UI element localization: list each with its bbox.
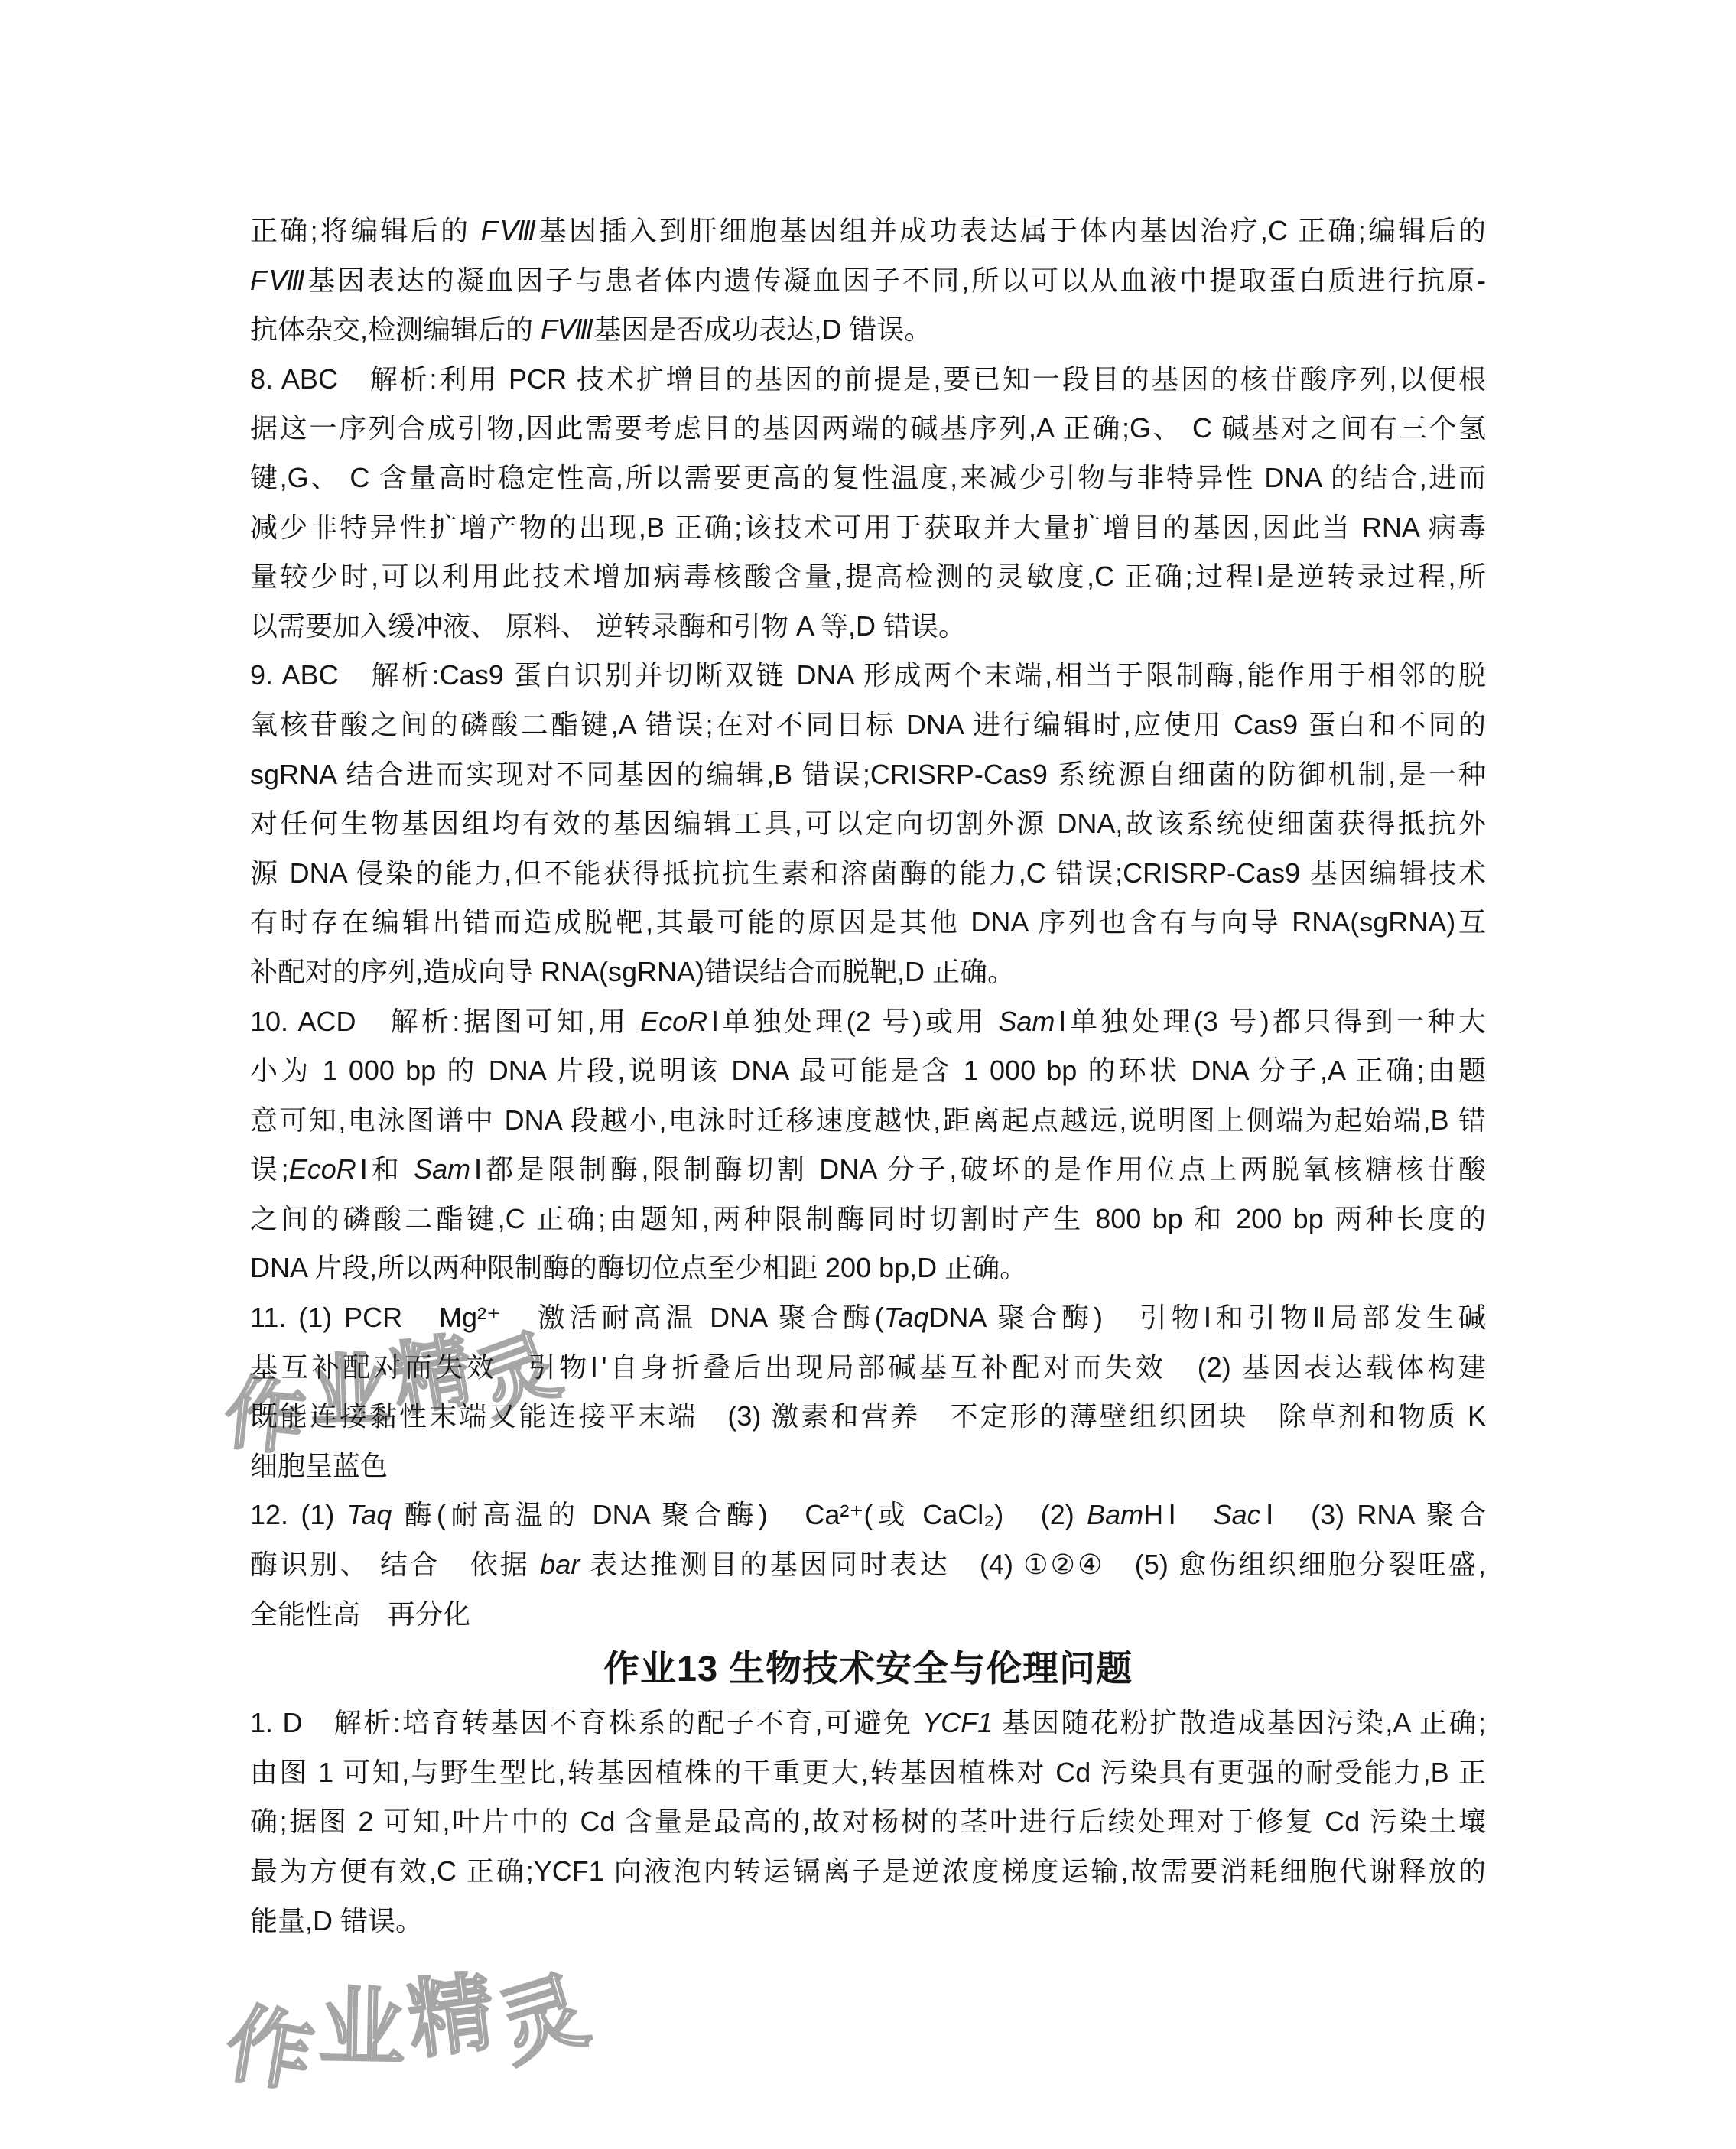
text-line: 全能性高 再分化	[250, 1590, 1486, 1640]
text-line: 键,G、 C 含量高时稳定性高,所以需要更高的复性温度,来减少引物与非特异性 D…	[250, 454, 1486, 503]
text-line: 据这一序列合成引物,因此需要考虑目的基因两端的碱基序列,A 正确;G、 C 碱基…	[250, 404, 1486, 454]
text-line: 9. ABC 解析:Cas9 蛋白识别并切断双链 DNA 形成两个末端,相当于限…	[250, 651, 1486, 701]
text-line: 补配对的序列,造成向导 RNA(sgRNA)错误结合而脱靶,D 正确。	[250, 948, 1486, 997]
text-line: sgRNA 结合进而实现对不同基因的编辑,B 错误;CRISRP-Cas9 系统…	[250, 750, 1486, 800]
text-line: 酶识别、 结合 依据 bar 表达推测目的基因同时表达 (4) ①②④ (5) …	[250, 1540, 1486, 1590]
text-line: DNA 片段,所以两种限制酶的酶切位点至少相距 200 bp,D 正确。	[250, 1244, 1486, 1293]
text-line: 量较少时,可以利用此技术增加病毒核酸含量,提高检测的灵敏度,C 正确;过程Ⅰ是逆…	[250, 552, 1486, 602]
text-line: 抗体杂交,检测编辑后的 FⅧ基因是否成功表达,D 错误。	[250, 305, 1486, 355]
text-line: 由图 1 可知,与野生型比,转基因植株的干重更大,转基因植株对 Cd 污染具有更…	[250, 1748, 1486, 1798]
text-line: 以需要加入缓冲液、 原料、 逆转录酶和引物 A 等,D 错误。	[250, 602, 1486, 652]
answer-text-content: 正确;将编辑后的 FⅧ基因插入到肝细胞基因组并成功表达属于体内基因治疗,C 正确…	[250, 206, 1486, 1946]
section-heading: 作业13 生物技术安全与伦理问题	[250, 1639, 1486, 1699]
watermark-bottom: 作业精灵	[223, 1952, 591, 2100]
text-line: 11. (1) PCR Mg²⁺ 激活耐高温 DNA 聚合酶(TaqDNA 聚合…	[250, 1293, 1486, 1343]
text-line: 源 DNA 侵染的能力,但不能获得抵抗抗生素和溶菌酶的能力,C 错误;CRISR…	[250, 849, 1486, 899]
text-line: 能量,D 错误。	[250, 1897, 1486, 1946]
text-line: 8. ABC 解析:利用 PCR 技术扩增目的基因的前提是,要已知一段目的基因的…	[250, 355, 1486, 405]
text-line: FⅧ基因表达的凝血因子与患者体内遗传凝血因子不同,所以可以从血液中提取蛋白质进行…	[250, 256, 1486, 306]
text-line: 之间的磷酸二酯键,C 正确;由题知,两种限制酶同时切割时产生 800 bp 和 …	[250, 1195, 1486, 1244]
watermark-character: 精	[400, 1943, 500, 2076]
text-line: 细胞呈蓝色	[250, 1442, 1486, 1491]
watermark-character: 业	[318, 1959, 406, 2083]
text-line: 对任何生物基因组均有效的基因编辑工具,可以定向切割外源 DNA,故该系统使细菌获…	[250, 799, 1486, 849]
text-line: 有时存在编辑出错而造成脱靶,其最可能的原因是其他 DNA 序列也含有与向导 RN…	[250, 898, 1486, 948]
text-line: 既能连接黏性末端又能连接平末端 (3) 激素和营养 不定形的薄壁组织团块 除草剂…	[250, 1392, 1486, 1442]
text-line: 确;据图 2 可知,叶片中的 Cd 含量是最高的,故对杨树的茎叶进行后续处理对于…	[250, 1797, 1486, 1847]
text-line: 基互补配对而失效 引物Ⅰ'自身折叠后出现局部碱基互补配对而失效 (2) 基因表达…	[250, 1343, 1486, 1393]
text-line: 减少非特异性扩增产物的出现,B 正确;该技术可用于获取并大量扩增目的基因,因此当…	[250, 503, 1486, 553]
text-line: 小为 1 000 bp 的 DNA 片段,说明该 DNA 最可能是含 1 000…	[250, 1046, 1486, 1096]
text-line: 12. (1) Taq 酶(耐高温的 DNA 聚合酶) Ca²⁺(或 CaCl₂…	[250, 1491, 1486, 1540]
watermark-character: 作	[219, 1975, 323, 2110]
text-line: 氧核苷酸之间的磷酸二酯键,A 错误;在对不同目标 DNA 进行编辑时,应使用 C…	[250, 701, 1486, 750]
text-line: 10. ACD 解析:据图可知,用 EcoRⅠ单独处理(2 号)或用 SamⅠ单…	[250, 997, 1486, 1047]
text-line: 1. D 解析:培育转基因不育株系的配子不育,可避免 YCF1 基因随花粉扩散造…	[250, 1699, 1486, 1748]
text-line: 最为方便有效,C 正确;YCF1 向液泡内转运镉离子是逆浓度梯度运输,故需要消耗…	[250, 1847, 1486, 1897]
answers-block-assignment-12: 正确;将编辑后的 FⅧ基因插入到肝细胞基因组并成功表达属于体内基因治疗,C 正确…	[250, 206, 1486, 1639]
answers-block-assignment-13: 1. D 解析:培育转基因不育株系的配子不育,可避免 YCF1 基因随花粉扩散造…	[250, 1699, 1486, 1946]
text-line: 意可知,电泳图谱中 DNA 段越小,电泳时迁移速度越快,距离起点越远,说明图上侧…	[250, 1096, 1486, 1146]
text-line: 正确;将编辑后的 FⅧ基因插入到肝细胞基因组并成功表达属于体内基因治疗,C 正确…	[250, 206, 1486, 256]
text-line: 误;EcoRⅠ和 SamⅠ都是限制酶,限制酶切割 DNA 分子,破坏的是作用位点…	[250, 1145, 1486, 1195]
document-page: 作业精灵 作业精灵 正确;将编辑后的 FⅧ基因插入到肝细胞基因组并成功表达属于体…	[0, 0, 1736, 2149]
